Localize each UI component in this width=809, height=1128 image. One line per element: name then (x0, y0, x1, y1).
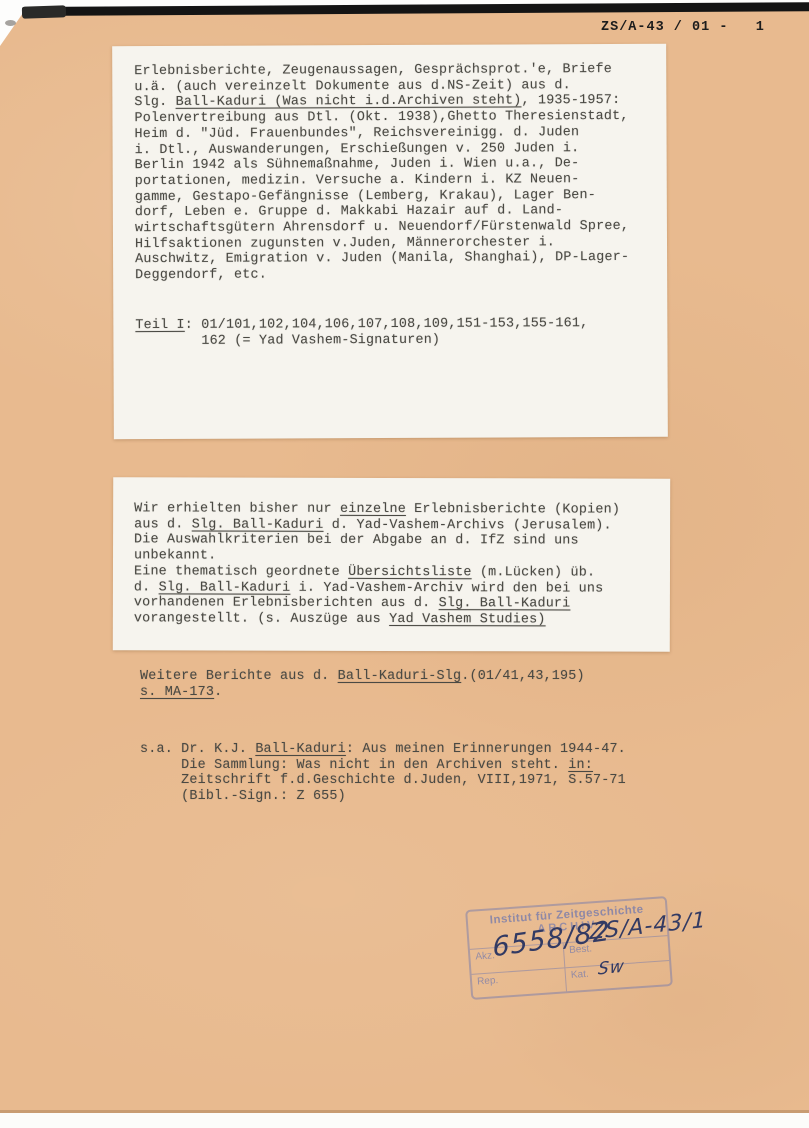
typewritten-line: Zeitschrift f.d.Geschichte d.Juden, VIII… (140, 773, 626, 789)
typewritten-line: s. MA-173. (140, 685, 585, 701)
typewritten-weitere-berichte: Weitere Berichte aus d. Ball-Kaduri-Slg.… (140, 669, 585, 700)
typewritten-line: 162 (= Yad Vashem-Signaturen) (135, 332, 588, 350)
typewritten-line: aus d. Slg. Ball-Kaduri d. Yad-Vashem-Ar… (134, 517, 620, 534)
scan-speck (5, 20, 16, 26)
scanner-background (0, 1113, 809, 1128)
handwritten-initials: Sw (597, 956, 625, 979)
stamp-field-rep: Rep. (472, 967, 566, 997)
typewritten-line: d. Slg. Ball-Kaduri i. Yad-Vashem-Archiv… (134, 580, 620, 597)
typewritten-remarks: Wir erhielten bisher nur einzelne Erlebn… (134, 501, 620, 628)
typewritten-line: vorhandenen Erlebnisberichten aus d. Slg… (134, 596, 620, 613)
typewritten-line: Die Auswahlkriterien bei der Abgabe an d… (134, 533, 620, 550)
typewritten-line: s.a. Dr. K.J. Ball-Kaduri: Aus meinen Er… (140, 742, 626, 758)
typewritten-line: unbekannt. (134, 548, 620, 565)
note-slip-remarks: Wir erhielten bisher nur einzelne Erlebn… (113, 477, 670, 651)
typewritten-description: Erlebnisberichte, Zeugenaussagen, Gesprä… (134, 62, 629, 284)
typewritten-line: (Bibl.-Sign.: Z 655) (140, 789, 626, 805)
typewritten-line: Die Sammlung: Was nicht in den Archiven … (140, 758, 626, 774)
typewritten-line: Wir erhielten bisher nur einzelne Erlebn… (134, 501, 620, 518)
typewritten-see-also: s.a. Dr. K.J. Ball-Kaduri: Aus meinen Er… (140, 742, 626, 805)
scan-edge-mark (22, 5, 66, 19)
note-slip-description: Erlebnisberichte, Zeugenaussagen, Gesprä… (112, 44, 668, 439)
typewritten-teil-signatures: Teil I: 01/101,102,104,106,107,108,109,1… (135, 316, 588, 349)
document-scan: ZS/A-43 / 01 - 1 Erlebnisberichte, Zeuge… (0, 0, 809, 1128)
typewritten-line: Teil I: 01/101,102,104,106,107,108,109,1… (135, 316, 588, 334)
typewritten-line: Deggendorf, etc. (135, 266, 629, 284)
archive-reference-number: ZS/A-43 / 01 - 1 (601, 20, 765, 35)
typewritten-line: Weitere Berichte aus d. Ball-Kaduri-Slg.… (140, 669, 585, 685)
typewritten-line: vorangestellt. (s. Auszüge aus Yad Vashe… (134, 611, 620, 628)
typewritten-line: Eine thematisch geordnete Übersichtslist… (134, 564, 620, 581)
typewritten-line: Auschwitz, Emigration v. Juden (Manila, … (135, 250, 629, 268)
